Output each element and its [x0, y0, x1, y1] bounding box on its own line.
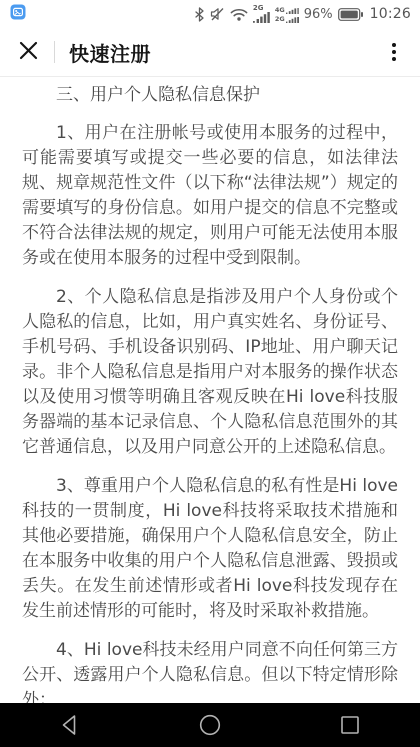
- agreement-paragraph: 1、用户在注册帐号或使用本服务的过程中，可能需要填写或提交一些必要的信息，如法律…: [22, 121, 398, 271]
- android-nav-bar: [0, 703, 420, 747]
- close-button[interactable]: [16, 40, 40, 64]
- clock-label: 10:26: [370, 6, 411, 22]
- signal-bars-icon: 2G: [253, 5, 270, 23]
- dual-sim-bottom-label: 2G: [275, 15, 285, 23]
- battery-icon: [338, 8, 363, 21]
- dual-sim-top-label: 4G: [275, 6, 285, 14]
- recents-square-icon: [338, 713, 362, 737]
- dual-sim-signal-icon: 4G 2G: [275, 6, 299, 23]
- nav-home-button[interactable]: [170, 703, 250, 747]
- wifi-icon: [230, 8, 248, 21]
- signal-network-label: 2G: [253, 5, 264, 12]
- title-divider: [54, 41, 55, 63]
- agreement-scroll-area[interactable]: 三、用户个人隐私信息保护 1、用户在注册帐号或使用本服务的过程中，可能需要填写或…: [0, 77, 420, 703]
- kebab-menu-icon: [392, 43, 396, 47]
- battery-percent-label: 96%: [304, 7, 333, 22]
- agreement-paragraph: 4、Hi love科技未经用户同意不向任何第三方公开、透露用户个人隐私信息。但以…: [22, 638, 398, 703]
- nav-back-button[interactable]: [30, 703, 110, 747]
- status-bar: 2G 4G: [0, 0, 420, 28]
- page-title: 快速注册: [69, 38, 151, 67]
- agreement-paragraph: 3、尊重用户个人隐私信息的私有性是Hi love科技的一贯制度，Hi love科…: [22, 474, 398, 624]
- app-bar: 快速注册: [0, 28, 420, 77]
- bluetooth-icon: [194, 7, 205, 22]
- photo-app-notification-icon: [10, 4, 26, 24]
- close-x-icon: [19, 41, 38, 64]
- overflow-menu-button[interactable]: [382, 40, 406, 64]
- mute-icon: [210, 7, 225, 21]
- back-triangle-icon: [58, 713, 82, 737]
- nav-recents-button[interactable]: [310, 703, 390, 747]
- home-circle-icon: [198, 713, 222, 737]
- phone-screen: 2G 4G: [0, 0, 420, 747]
- section-heading: 三、用户个人隐私信息保护: [22, 83, 398, 108]
- agreement-paragraph: 2、个人隐私信息是指涉及用户个人身份或个人隐私的信息，比如，用户真实姓名、身份证…: [22, 285, 398, 460]
